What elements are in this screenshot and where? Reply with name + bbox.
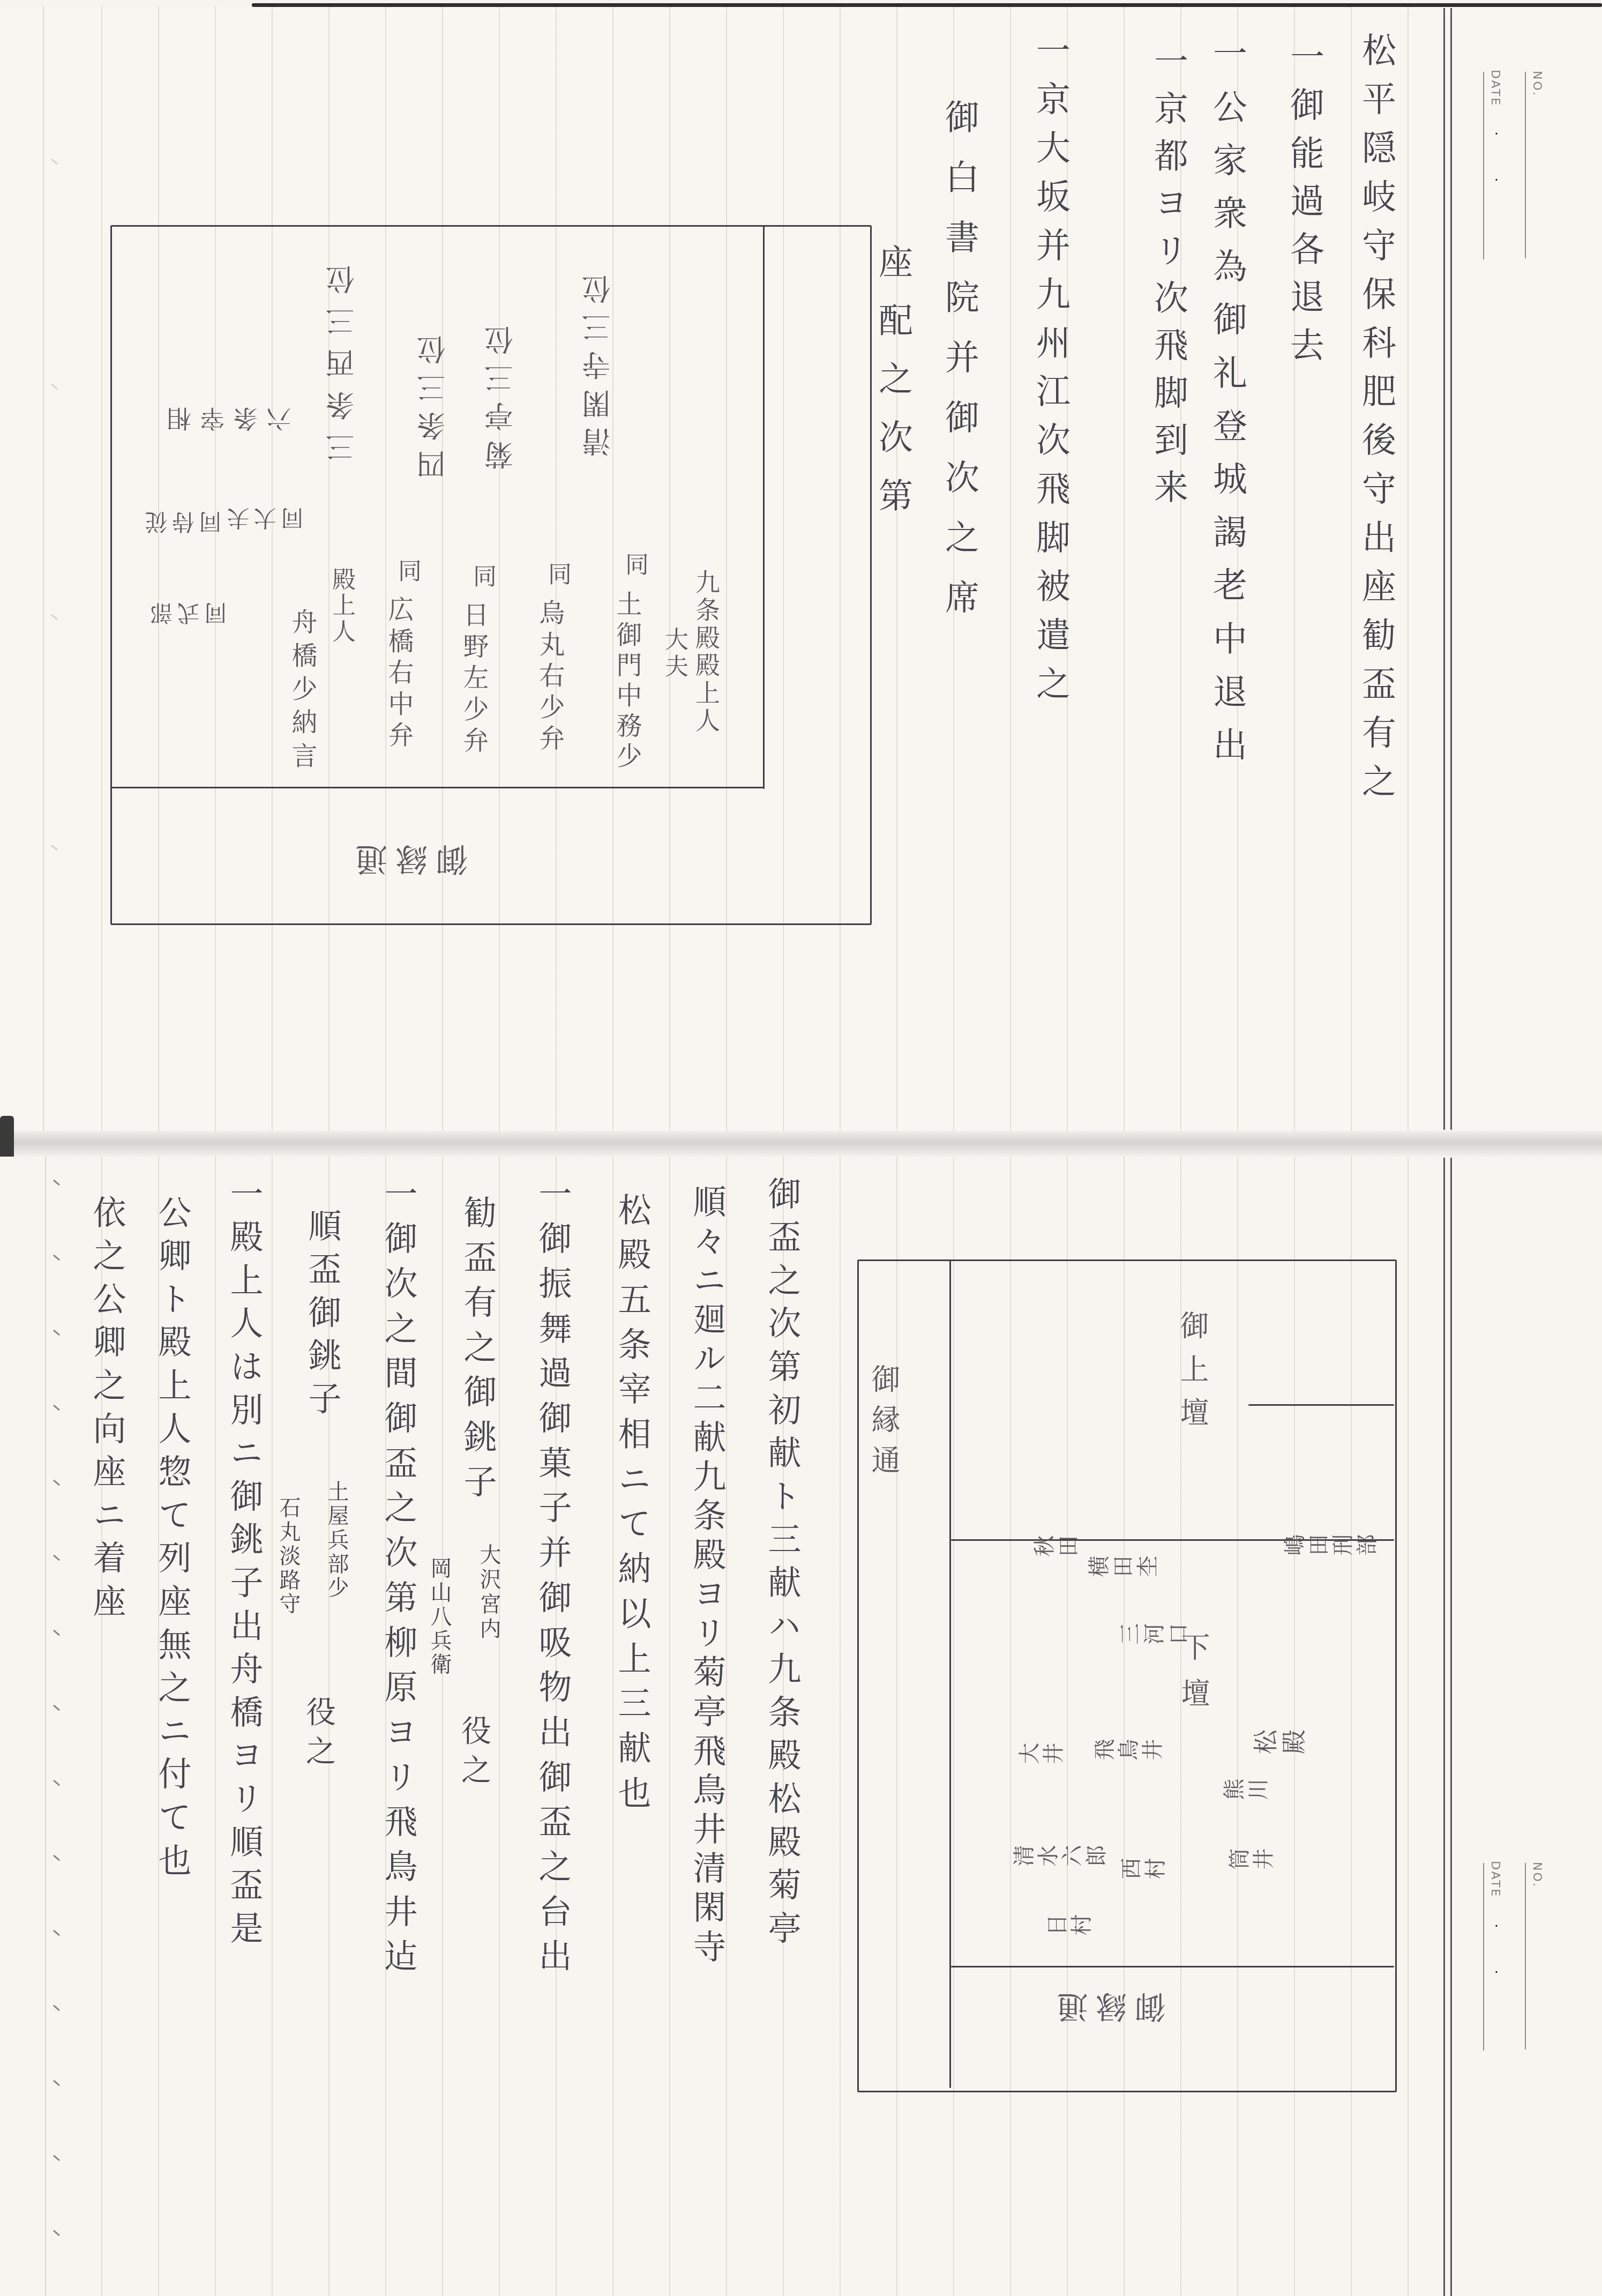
- upper-dais-label: 御上壇: [1178, 1310, 1207, 1441]
- page-seam: [0, 1131, 1602, 1157]
- hall-seat-name: 三河口: [1119, 1625, 1191, 1646]
- hall-veranda-partition: [949, 1261, 951, 2088]
- server-name: 石丸淡路守: [278, 1496, 299, 1616]
- hall-seat-name: 筒井: [1228, 1850, 1276, 1872]
- notebook-scan: NO. DATE ・ ・ 松平隠岐守保科肥後守出座勧盃有之 一御能過各退去 一公…: [0, 0, 1602, 2296]
- serving-intro: 勧盃有之御銚子: [461, 1195, 494, 1509]
- seat-mark: 同: [470, 564, 494, 587]
- seat-mark: 同: [395, 558, 419, 582]
- server-name: 岡山八兵衛: [429, 1557, 450, 1677]
- seat-name-left: 同大夫: [222, 506, 303, 529]
- handwritten-column: 一殿上人は別ニ御銚子出舟橋ヨリ順盃是: [227, 1176, 260, 1954]
- handwritten-column: 一京大坂并九州江次飛脚被遣之: [1033, 32, 1067, 714]
- serving-intro: 順盃御銚子: [305, 1209, 339, 1425]
- date-line: [1483, 72, 1484, 259]
- date-dot: ・: [1492, 1919, 1501, 1933]
- seat-name-far: 菊亭三位: [486, 316, 515, 469]
- seating-box-inner-right: [763, 226, 765, 789]
- hall-seat-name: 日村: [1046, 1916, 1094, 1937]
- seat-name-far: 清閑寺三位: [584, 265, 613, 456]
- handwritten-column: 御盃之次第初献ト三献ハ九条殿松殿菊亭: [765, 1176, 798, 1954]
- seat-mark: 殿上人: [330, 567, 353, 645]
- date-dot: ・: [1492, 1965, 1501, 1979]
- seating-box-inner-bottom: [111, 787, 764, 788]
- veranda-label: 御縁通: [869, 1364, 898, 1486]
- seat-name-left: 同式部: [146, 601, 227, 624]
- date-label: DATE: [1489, 1861, 1501, 1898]
- seat-name: 日野左少弁: [461, 601, 486, 758]
- hall-seat-name: 西村: [1120, 1860, 1168, 1881]
- no-label: NO.: [1531, 1862, 1543, 1888]
- hall-seat-name: 大井: [1018, 1745, 1066, 1766]
- handwritten-column: 公卿ト殿上人惣て列座無之ニ付て也: [155, 1195, 189, 1887]
- veranda-label-flipped: 御縁通: [1049, 1991, 1166, 2022]
- handwritten-column: 一京都ヨリ次飛脚到来: [1151, 43, 1185, 516]
- paper-edge: [43, 6, 44, 1131]
- handwritten-column: 一公家衆為御礼登城謁老中退出: [1210, 35, 1244, 780]
- veranda-label-flipped: 御縁通: [347, 843, 468, 875]
- margin-rule: [1443, 1158, 1445, 2296]
- serving-tail: 役之: [459, 1715, 489, 1793]
- margin-rule: [1450, 1158, 1452, 2296]
- seat-mark: 同: [545, 562, 569, 585]
- paper-edge: [45, 1157, 46, 2296]
- hall-seat-name: 秋田: [1033, 1537, 1081, 1559]
- date-line: [1483, 1863, 1484, 2051]
- handwritten-column: 座配之次第: [875, 244, 910, 535]
- seat-name: 広橋右中弁: [386, 596, 411, 753]
- server-name: 大沢宮内: [478, 1544, 499, 1642]
- handwritten-column: 松殿五条宰相ニて納以上三献也: [615, 1192, 648, 1821]
- date-label: DATE: [1489, 70, 1501, 107]
- server-name: 土屋兵部少: [326, 1480, 347, 1600]
- margin-rule: [1443, 8, 1445, 1130]
- handwritten-column: 松平隠岐守保科肥後守出座勧盃有之: [1359, 32, 1393, 811]
- hall-seat-name: 横田杢: [1088, 1557, 1159, 1579]
- scan-edge: [252, 3, 1602, 7]
- serving-tail: 役之: [303, 1696, 333, 1775]
- seat-name-left: 同侍従: [140, 510, 221, 533]
- hall-seat-name: 松殿: [1253, 1731, 1309, 1756]
- handwritten-column: 順々ニ廻ル二献九条殿ヨリ菊亭飛鳥井清閑寺: [690, 1184, 723, 1969]
- seat-name: 烏丸右少弁: [537, 599, 563, 756]
- handwritten-column: 一御能過各退去: [1287, 39, 1321, 375]
- date-dot: ・: [1492, 126, 1501, 140]
- seat-mark: 九条殿殿上人: [694, 569, 718, 735]
- seat-name: 土御門中務少: [614, 591, 640, 773]
- seat-name-far: 三条西三位: [328, 252, 357, 462]
- seat-name-far: 四条三位: [419, 326, 448, 479]
- seam-shadow: [0, 1116, 14, 1161]
- no-line: [1525, 72, 1526, 258]
- date-dot: ・: [1492, 173, 1501, 187]
- hall-seat-name: 嶋田刑部: [1283, 1536, 1379, 1557]
- hall-alcove-line: [1248, 1404, 1394, 1406]
- seat-name-left: 六条宰相: [158, 406, 291, 431]
- seat-mark: 同: [623, 552, 646, 576]
- handwritten-column: 御白書院并御次之席: [942, 99, 976, 639]
- hall-seat-name: 熊川: [1223, 1780, 1271, 1802]
- hall-edge-strip-line: [951, 1966, 1394, 1967]
- handwritten-column: 一御次之間御盃之次第柳原ヨリ飛鳥井迠: [381, 1176, 415, 1984]
- no-label: NO.: [1531, 71, 1543, 97]
- seat-name: 大夫: [662, 627, 686, 681]
- hall-seat-name: 清水六郎: [1013, 1847, 1109, 1868]
- no-line: [1525, 1863, 1526, 2049]
- handwritten-column: 一御振舞過御菓子并御吸物出御盃之台出: [536, 1176, 569, 1984]
- seat-name: 舟橋少納言: [289, 608, 315, 776]
- hall-seat-name: 飛鳥井: [1093, 1741, 1165, 1762]
- margin-rule: [1450, 8, 1452, 1130]
- handwritten-column: 依之公卿之向座ニ着座: [90, 1195, 123, 1627]
